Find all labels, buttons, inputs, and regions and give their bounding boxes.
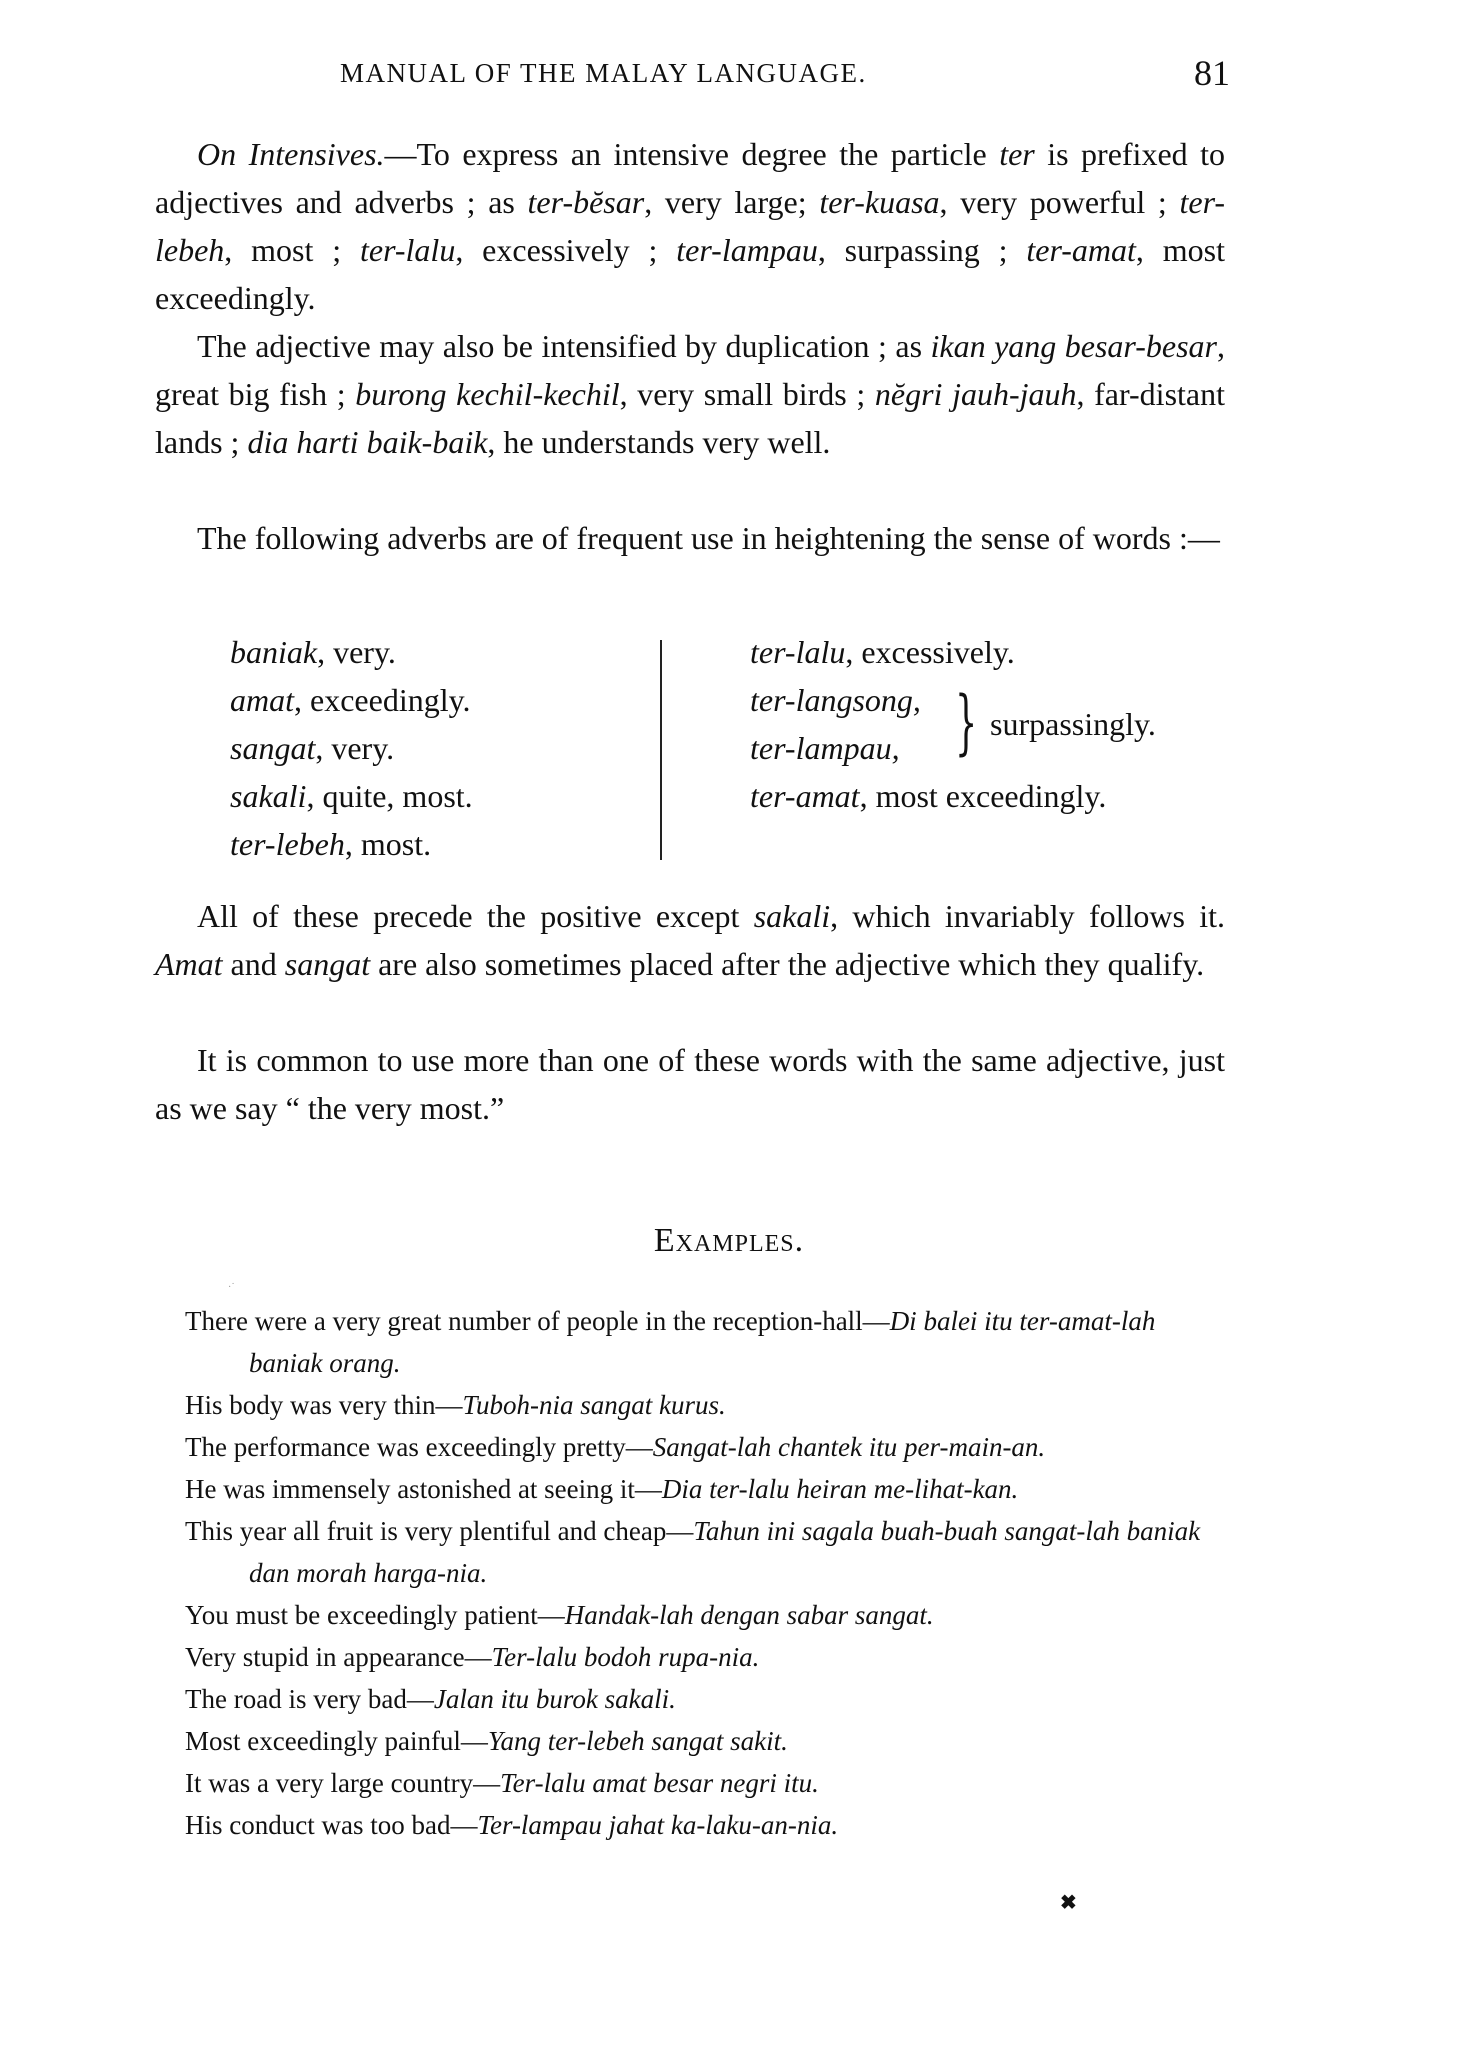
paragraph-text: It is common to use more than one of the… — [155, 1036, 1225, 1132]
malay-translation: Handak-lah dengan sabar sangat. — [565, 1600, 934, 1630]
english-sentence: The performance was exceedingly pretty— — [185, 1432, 653, 1462]
malay-term: nĕgri jauh-jauh — [875, 376, 1077, 412]
example-item: Most exceedingly painful—Yang ter-lebeh … — [185, 1720, 1220, 1762]
text-run: are also sometimes placed after the adje… — [370, 946, 1204, 982]
adverb-column-left: baniak, very. amat, exceedingly. sangat,… — [230, 628, 473, 868]
paragraph-text: On Intensives.—To express an intensive d… — [155, 130, 1225, 322]
text-run: , very powerful ; — [940, 184, 1180, 220]
adverb-entry: baniak, very. — [230, 628, 473, 676]
meaning: surpassingly. — [990, 700, 1156, 748]
adverb-entry: sakali, quite, most. — [230, 772, 473, 820]
malay-term: ter — [999, 136, 1035, 172]
adverb-entry: ter-lalu, excessively. — [750, 628, 1106, 676]
malay-term: ikan yang besar-besar — [931, 328, 1218, 364]
malay-term: ter-kuasa — [819, 184, 939, 220]
adverb-entry: amat, exceedingly. — [230, 676, 473, 724]
english-sentence: Very stupid in appearance— — [185, 1642, 492, 1672]
text-run: All of these precede the positive except — [197, 898, 754, 934]
section-lead: On Intensives. — [197, 136, 385, 172]
segments: The adjective may also be intensified by… — [155, 328, 1225, 460]
meaning: , most exceedingly. — [860, 778, 1107, 814]
meaning: , exceedingly. — [294, 682, 471, 718]
malay-word: sangat — [230, 730, 315, 766]
malay-word: ter-langsong, — [750, 682, 921, 718]
malay-translation: Tuboh-nia sangat kurus. — [462, 1390, 725, 1420]
malay-term: ter-bĕsar — [528, 184, 645, 220]
segments: All of these precede the positive except… — [155, 898, 1225, 982]
english-sentence: It was a very large country— — [185, 1768, 500, 1798]
malay-translation: Ter-lalu amat besar negri itu. — [500, 1768, 819, 1798]
malay-term: ter-lampau — [676, 232, 818, 268]
adverb-entry: sangat, very. — [230, 724, 473, 772]
malay-term: burong kechil-kechil — [355, 376, 619, 412]
text-run: —To express an intensive degree the part… — [385, 136, 1000, 172]
text-run: , very small birds ; — [620, 376, 875, 412]
paragraph-intensives: On Intensives.—To express an intensive d… — [155, 130, 1225, 322]
text-run: , most ; — [224, 232, 360, 268]
examples-heading: Examples. — [0, 1222, 1458, 1260]
malay-term: ter-amat — [1026, 232, 1136, 268]
text-run: , very large; — [644, 184, 819, 220]
malay-term: dia harti baik-baik — [247, 424, 487, 460]
paragraph-common: It is common to use more than one of the… — [155, 1036, 1225, 1132]
example-item: This year all fruit is very plentiful an… — [185, 1510, 1220, 1594]
malay-translation: Yang ter-lebeh sangat sakit. — [488, 1726, 788, 1756]
signature-mark-icon: ✖ — [1060, 1890, 1077, 1915]
running-title: MANUAL OF THE MALAY LANGUAGE. — [340, 58, 867, 89]
example-item: There were a very great number of people… — [185, 1300, 1220, 1384]
meaning: , quite, most. — [306, 778, 472, 814]
malay-word: ter-amat — [750, 778, 860, 814]
book-page: MANUAL OF THE MALAY LANGUAGE. 81 On Inte… — [0, 0, 1458, 2048]
paragraph-precede: All of these precede the positive except… — [155, 892, 1225, 988]
english-sentence: His body was very thin— — [185, 1390, 462, 1420]
meaning: , excessively. — [845, 634, 1014, 670]
example-item: The performance was exceedingly pretty—S… — [185, 1426, 1220, 1468]
meaning: , most. — [345, 826, 431, 862]
english-sentence: The road is very bad— — [185, 1684, 434, 1714]
column-divider — [660, 640, 662, 860]
adverb-column-right: ter-lalu, excessively. ter-langsong, ter… — [750, 628, 1106, 820]
english-sentence: His conduct was too bad— — [185, 1810, 477, 1840]
english-sentence: This year all fruit is very plentiful an… — [185, 1516, 693, 1546]
malay-translation: Ter-lampau jahat ka-laku-an-nia. — [477, 1810, 838, 1840]
print-speck: ·˙ — [228, 1282, 235, 1293]
english-sentence: He was immensely astonished at seeing it… — [185, 1474, 662, 1504]
page-number: 81 — [1194, 52, 1230, 94]
example-item: His conduct was too bad—Ter-lampau jahat… — [185, 1804, 1220, 1846]
text-run: , which invariably follows it. — [830, 898, 1225, 934]
text-run: , he understands very well. — [487, 424, 830, 460]
malay-word: sakali — [230, 778, 306, 814]
brace-group: ter-langsong, ter-lampau, } surpassingly… — [750, 676, 1106, 772]
example-item: You must be exceedingly patient—Handak-l… — [185, 1594, 1220, 1636]
example-item: It was a very large country—Ter-lalu ama… — [185, 1762, 1220, 1804]
adverb-table: baniak, very. amat, exceedingly. sangat,… — [230, 628, 1230, 868]
text-run: , surpassing ; — [818, 232, 1027, 268]
malay-word: ter-lalu — [750, 634, 845, 670]
english-sentence: Most exceedingly painful— — [185, 1726, 488, 1756]
malay-word: ter-lebeh — [230, 826, 345, 862]
example-item: He was immensely astonished at seeing it… — [185, 1468, 1220, 1510]
malay-term: sakali — [754, 898, 830, 934]
paragraph-text: The adjective may also be intensified by… — [155, 322, 1225, 466]
text-run: , excessively ; — [455, 232, 676, 268]
malay-word: baniak — [230, 634, 317, 670]
malay-translation: Dia ter-lalu heiran me-lihat-kan. — [662, 1474, 1018, 1504]
malay-word: amat — [230, 682, 294, 718]
english-sentence: You must be exceedingly patient— — [185, 1600, 565, 1630]
malay-translation: Jalan itu burok sakali. — [434, 1684, 676, 1714]
malay-translation: Sangat-lah chantek itu per-main-an. — [653, 1432, 1045, 1462]
paragraph-text: All of these precede the positive except… — [155, 892, 1225, 988]
meaning: , very. — [315, 730, 394, 766]
adverb-entry: ter-amat, most exceedingly. — [750, 772, 1106, 820]
example-item: Very stupid in appearance—Ter-lalu bodoh… — [185, 1636, 1220, 1678]
text-run: The adjective may also be intensified by… — [197, 328, 931, 364]
page-header: MANUAL OF THE MALAY LANGUAGE. 81 — [150, 58, 1230, 98]
malay-term: Amat — [155, 946, 223, 982]
paragraph-following: The following adverbs are of frequent us… — [155, 514, 1225, 562]
paragraph-duplication: The adjective may also be intensified by… — [155, 322, 1225, 466]
example-item: His body was very thin—Tuboh-nia sangat … — [185, 1384, 1220, 1426]
text-run: and — [223, 946, 285, 982]
malay-word: ter-lampau, — [750, 730, 900, 766]
malay-translation: Ter-lalu bodoh rupa-nia. — [492, 1642, 760, 1672]
english-sentence: There were a very great number of people… — [185, 1306, 890, 1336]
examples-list: There were a very great number of people… — [185, 1300, 1220, 1846]
adverb-entry: ter-lebeh, most. — [230, 820, 473, 868]
meaning: , very. — [317, 634, 396, 670]
paragraph-text: The following adverbs are of frequent us… — [155, 514, 1225, 562]
malay-term: sangat — [285, 946, 370, 982]
example-item: The road is very bad—Jalan itu burok sak… — [185, 1678, 1220, 1720]
malay-term: ter-lalu — [360, 232, 455, 268]
right-brace-icon: } — [955, 682, 977, 762]
